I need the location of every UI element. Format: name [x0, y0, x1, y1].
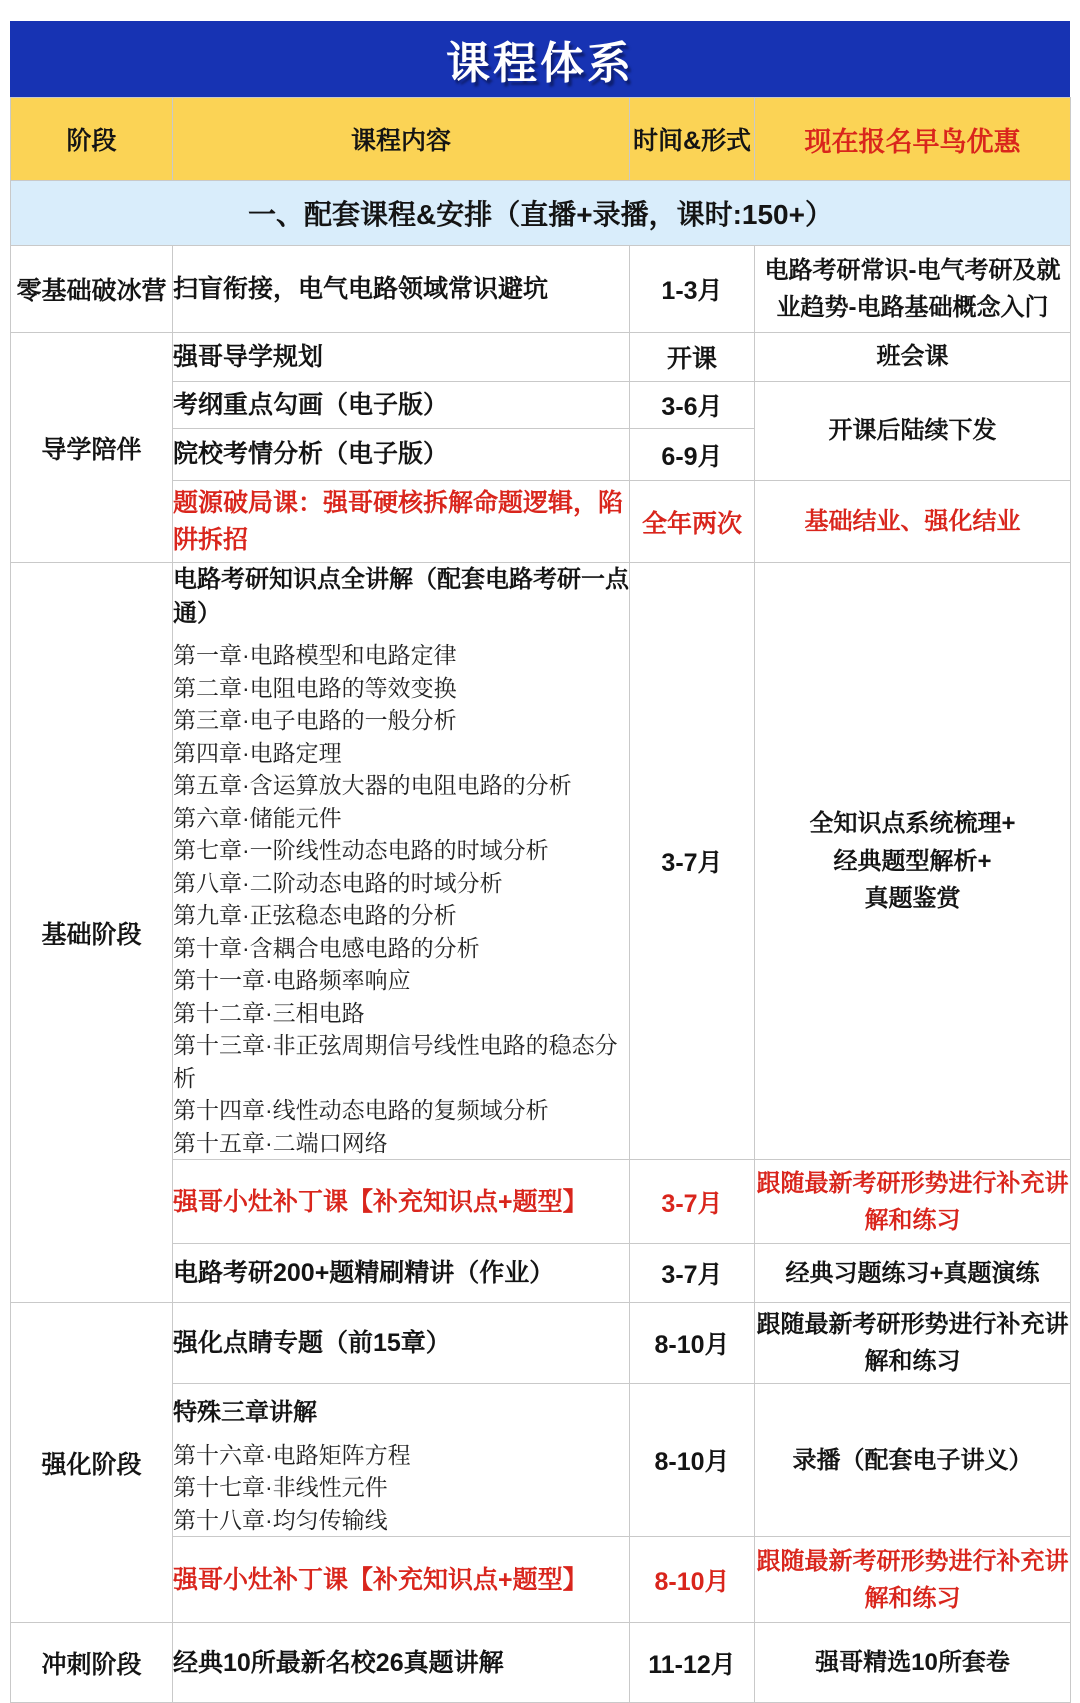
time-cell-guide-outline: 3-6月 [630, 382, 755, 429]
course-cell-intensive-special: 特殊三章讲解 第十六章·电路矩阵方程第十七章·非线性元件第十八章·均匀传输线 [173, 1384, 630, 1537]
chapter-line: 第十一章·电路频率响应 [173, 964, 629, 997]
stage-cell-guide: 导学陪伴 [11, 333, 173, 563]
column-header-stage: 阶段 [11, 98, 173, 181]
offer-cell-sprint: 强哥精选10所套卷 [755, 1623, 1071, 1675]
course-cell-basic-patch: 强哥小灶补丁课【补充知识点+题型】 [173, 1160, 630, 1244]
course-cell-sprint: 经典10所最新名校26真题讲解 [173, 1623, 630, 1675]
offer-cell-guide-source: 基础结业、强化结业 [755, 481, 1071, 563]
stage-cell-icebreaker: 零基础破冰营 [11, 246, 173, 333]
row-icebreaker: 零基础破冰营 扫盲衔接，电气电路领域常识避坑 1-3月 电路考研常识-电气考研及… [11, 246, 1071, 333]
course-cell-guide-schools: 院校考情分析（电子版） [173, 429, 630, 481]
time-cell-intensive-highlight: 8-10月 [630, 1303, 755, 1384]
time-cell-basic-main: 3-7月 [630, 563, 755, 1160]
course-cell-intensive-highlight: 强化点睛专题（前15章） [173, 1303, 630, 1384]
chapter-line: 第十六章·电路矩阵方程 [173, 1439, 629, 1472]
chapter-line: 第九章·正弦稳态电路的分析 [173, 899, 629, 932]
time-cell-intensive-patch: 8-10月 [630, 1537, 755, 1623]
time-cell-guide-source: 全年两次 [630, 481, 755, 563]
chapter-line: 第十章·含耦合电感电路的分析 [173, 932, 629, 965]
chapter-line: 第三章·电子电路的一般分析 [173, 704, 629, 737]
section-banner: 一、配套课程&安排（直播+录播，课时:150+） [11, 181, 1071, 246]
chapter-line: 第二章·电阻电路的等效变换 [173, 672, 629, 705]
chapter-list-intensive: 第十六章·电路矩阵方程第十七章·非线性元件第十八章·均匀传输线 [173, 1439, 629, 1537]
time-cell-sprint: 11-12月 [630, 1623, 755, 1675]
header-row: 阶段 课程内容 时间&形式 现在报名早鸟优惠 [11, 98, 1071, 181]
page-title: 课程体系 [446, 27, 634, 91]
course-system-sheet: 课程体系 阶段 课程内容 时间&形式 现在报名早鸟优惠 一、配套课程&安排（直播… [10, 21, 1070, 1675]
chapter-line: 第十五章·二端口网络 [173, 1127, 629, 1160]
course-table: 阶段 课程内容 时间&形式 现在报名早鸟优惠 一、配套课程&安排（直播+录播，课… [10, 97, 1071, 1675]
column-header-time: 时间&形式 [630, 98, 755, 181]
time-cell-guide-schools: 6-9月 [630, 429, 755, 481]
chapter-line: 第十四章·线性动态电路的复频域分析 [173, 1094, 629, 1127]
chapter-list-basic: 第一章·电路模型和电路定律第二章·电阻电路的等效变换第三章·电子电路的一般分析第… [173, 639, 629, 1159]
chapter-line: 第五章·含运算放大器的电阻电路的分析 [173, 769, 629, 802]
chapter-line: 第十八章·均匀传输线 [173, 1504, 629, 1537]
offer-cell-intensive-highlight: 跟随最新考研形势进行补充讲解和练习 [755, 1303, 1071, 1384]
column-header-offer: 现在报名早鸟优惠 [755, 98, 1071, 181]
course-cell-icebreaker: 扫盲衔接，电气电路领域常识避坑 [173, 246, 630, 333]
chapter-line: 第八章·二阶动态电路的时域分析 [173, 867, 629, 900]
offer-cell-intensive-special: 录播（配套电子讲义） [755, 1384, 1071, 1537]
stage-cell-sprint: 冲刺阶段 [11, 1623, 173, 1675]
time-cell-guide-plan: 开课 [630, 333, 755, 382]
offer-cell-intensive-patch: 跟随最新考研形势进行补充讲解和练习 [755, 1537, 1071, 1623]
time-cell-icebreaker: 1-3月 [630, 246, 755, 333]
row-basic-main: 基础阶段 电路考研知识点全讲解（配套电路考研一点通） 第一章·电路模型和电路定律… [11, 563, 1071, 1160]
offer-cell-basic-main: 全知识点系统梳理+经典题型解析+真题鉴赏 [755, 563, 1071, 1160]
course-title-intensive-special: 特殊三章讲解 [173, 1396, 629, 1430]
chapter-line: 第六章·储能元件 [173, 802, 629, 835]
offer-cell-guide-materials: 开课后陆续下发 [755, 382, 1071, 481]
offer-cell-icebreaker: 电路考研常识-电气考研及就业趋势-电路基础概念入门 [755, 246, 1071, 333]
course-cell-guide-outline: 考纲重点勾画（电子版） [173, 382, 630, 429]
course-title-basic-main: 电路考研知识点全讲解（配套电路考研一点通） [173, 563, 629, 630]
title-bar: 课程体系 [10, 21, 1070, 97]
stage-cell-basic: 基础阶段 [11, 563, 173, 1303]
offer-line: 真题鉴赏 [755, 880, 1070, 917]
offer-cell-guide-plan: 班会课 [755, 333, 1071, 382]
time-cell-basic-patch: 3-7月 [630, 1160, 755, 1244]
offer-cell-basic-patch: 跟随最新考研形势进行补充讲解和练习 [755, 1160, 1071, 1244]
time-cell-basic-homework: 3-7月 [630, 1244, 755, 1303]
offer-line: 经典题型解析+ [755, 843, 1070, 880]
offer-cell-basic-homework: 经典习题练习+真题演练 [755, 1244, 1071, 1303]
row-guide-plan: 导学陪伴 强哥导学规划 开课 班会课 [11, 333, 1071, 382]
time-cell-intensive-special: 8-10月 [630, 1384, 755, 1537]
row-intensive-highlight: 强化阶段 强化点睛专题（前15章） 8-10月 跟随最新考研形势进行补充讲解和练… [11, 1303, 1071, 1384]
course-cell-intensive-patch: 强哥小灶补丁课【补充知识点+题型】 [173, 1537, 630, 1623]
section-banner-row: 一、配套课程&安排（直播+录播，课时:150+） [11, 181, 1071, 246]
chapter-line: 第十七章·非线性元件 [173, 1471, 629, 1504]
offer-line: 全知识点系统梳理+ [755, 805, 1070, 842]
row-sprint: 冲刺阶段 经典10所最新名校26真题讲解 11-12月 强哥精选10所套卷 [11, 1623, 1071, 1675]
course-cell-guide-source: 题源破局课：强哥硬核拆解命题逻辑，陷阱拆招 [173, 481, 630, 563]
chapter-line: 第四章·电路定理 [173, 737, 629, 770]
course-cell-basic-main: 电路考研知识点全讲解（配套电路考研一点通） 第一章·电路模型和电路定律第二章·电… [173, 563, 630, 1160]
chapter-line: 第一章·电路模型和电路定律 [173, 639, 629, 672]
course-cell-basic-homework: 电路考研200+题精刷精讲（作业） [173, 1244, 630, 1303]
course-cell-guide-plan: 强哥导学规划 [173, 333, 630, 382]
chapter-line: 第十三章·非正弦周期信号线性电路的稳态分析 [173, 1029, 629, 1094]
chapter-line: 第十二章·三相电路 [173, 997, 629, 1030]
stage-cell-intensive: 强化阶段 [11, 1303, 173, 1623]
column-header-content: 课程内容 [173, 98, 630, 181]
chapter-line: 第七章·一阶线性动态电路的时域分析 [173, 834, 629, 867]
